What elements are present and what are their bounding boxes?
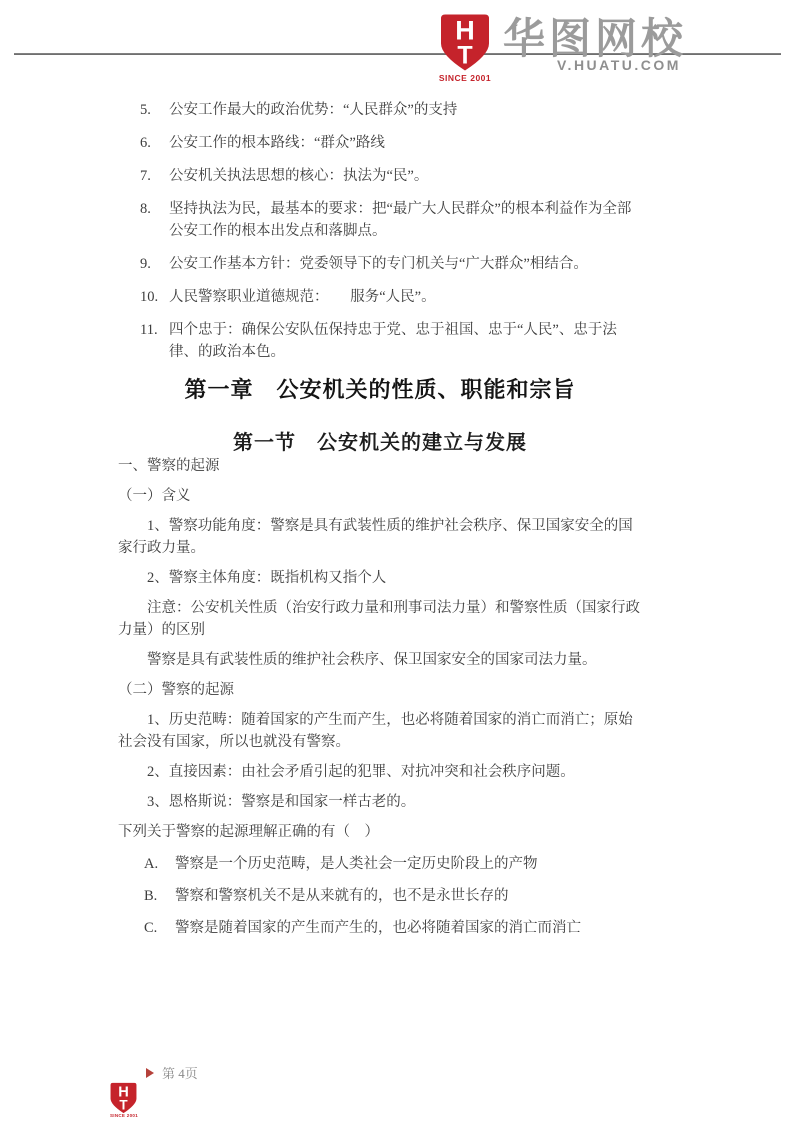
arrow-icon [146, 1068, 154, 1078]
paragraph-standalone: 警察是具有武装性质的维护社会秩序、保卫国家安全的国家司法力量。 [118, 649, 642, 671]
list-item-text: 公安工作最大的政治优势：“人民群众”的支持 [169, 99, 642, 121]
option-label: A. [144, 853, 175, 875]
list-item-text: 坚持执法为民，最基本的要求：把“最广大人民群众”的根本利益作为全部公安工作的根本… [169, 198, 642, 242]
brand-logotype: 华图网校 [503, 17, 687, 61]
since-label: SINCE 2001 [434, 73, 496, 83]
paragraph-subject: 2、警察主体角度：既指机构又指个人 [118, 567, 642, 589]
subsection-title: （二）警察的起源 [118, 679, 642, 701]
list-item-text: 公安工作基本方针：党委领导下的专门机关与“广大群众”相结合。 [169, 253, 642, 275]
monogram-t: T [119, 1097, 128, 1112]
huatu-shield-icon-small: H T [110, 1082, 137, 1114]
list-item-number: 11. [140, 319, 169, 363]
page-number: 第 4页 [146, 1063, 198, 1082]
paragraph-history: 1、历史范畴：随着国家的产生而产生，也必将随着国家的消亡而消亡；原始社会没有国家… [118, 709, 642, 753]
option-row: A. 警察是一个历史范畴，是人类社会一定历史阶段上的产物 [118, 853, 642, 875]
list-item-number: 5. [140, 99, 169, 121]
list-item-text: 公安机关执法思想的核心：执法为“民”。 [169, 165, 642, 187]
list-item: 7. 公安机关执法思想的核心：执法为“民”。 [118, 165, 642, 187]
option-label: C. [144, 917, 175, 939]
question-text: 下列关于警察的起源理解正确的有（ ） [118, 821, 642, 843]
document-content: 5. 公安工作最大的政治优势：“人民群众”的支持 6. 公安工作的根本路线：“群… [118, 99, 642, 939]
site-url: V.HUATU.COM [557, 57, 681, 73]
list-item-number: 9. [140, 253, 169, 275]
list-item-number: 6. [140, 132, 169, 154]
document-page: H T SINCE 2001 华图网校 V.HUATU.COM 5. 公安工作最… [0, 0, 793, 1122]
list-item: 5. 公安工作最大的政治优势：“人民群众”的支持 [118, 99, 642, 121]
option-text: 警察是随着国家的产生而产生的，也必将随着国家的消亡而消亡 [175, 917, 642, 939]
option-row: C. 警察是随着国家的产生而产生的，也必将随着国家的消亡而消亡 [118, 917, 642, 939]
list-item-text: 人民警察职业道德规范： 服务“人民”。 [169, 286, 642, 308]
chapter-heading: 第一章 公安机关的性质、职能和宗旨 [118, 377, 642, 403]
section-subtitle: 一、警察的起源 [118, 455, 642, 477]
subsection-title: （一）含义 [118, 485, 642, 507]
monogram-t: T [457, 42, 472, 70]
list-item-text: 公安工作的根本路线：“群众”路线 [169, 132, 642, 154]
list-item-number: 8. [140, 198, 169, 242]
since-label-small: SINCE 2001 [106, 1113, 142, 1118]
paragraph-note: 注意：公安机关性质（治安行政力量和刑事司法力量）和警察性质（国家行政力量）的区别 [118, 597, 642, 641]
list-item-number: 7. [140, 165, 169, 187]
list-item-number: 10. [140, 286, 169, 308]
list-item: 6. 公安工作的根本路线：“群众”路线 [118, 132, 642, 154]
page-number-label: 第 4页 [162, 1063, 198, 1082]
list-item-text: 四个忠于：确保公安队伍保持忠于党、忠于祖国、忠于“人民”、忠于法律、的政治本色。 [169, 319, 642, 363]
option-label: B. [144, 885, 175, 907]
option-text: 警察和警察机关不是从来就有的，也不是永世长存的 [175, 885, 642, 907]
option-text: 警察是一个历史范畴，是人类社会一定历史阶段上的产物 [175, 853, 642, 875]
paragraph-direct: 2、直接因素：由社会矛盾引起的犯罪、对抗冲突和社会秩序问题。 [118, 761, 642, 783]
paragraph-function: 1、警察功能角度：警察是具有武装性质的维护社会秩序、保卫国家安全的国家行政力量。 [118, 515, 642, 559]
list-item: 8. 坚持执法为民，最基本的要求：把“最广大人民群众”的根本利益作为全部公安工作… [118, 198, 642, 242]
list-item: 9. 公安工作基本方针：党委领导下的专门机关与“广大群众”相结合。 [118, 253, 642, 275]
section-heading: 第一节 公安机关的建立与发展 [118, 431, 642, 455]
paragraph-engels: 3、恩格斯说：警察是和国家一样古老的。 [118, 791, 642, 813]
option-row: B. 警察和警察机关不是从来就有的，也不是永世长存的 [118, 885, 642, 907]
huatu-shield-icon: H T [440, 13, 490, 72]
monogram-h: H [455, 16, 475, 46]
list-item: 11. 四个忠于：确保公安队伍保持忠于党、忠于祖国、忠于“人民”、忠于法律、的政… [118, 319, 642, 363]
list-item: 10. 人民警察职业道德规范： 服务“人民”。 [118, 286, 642, 308]
